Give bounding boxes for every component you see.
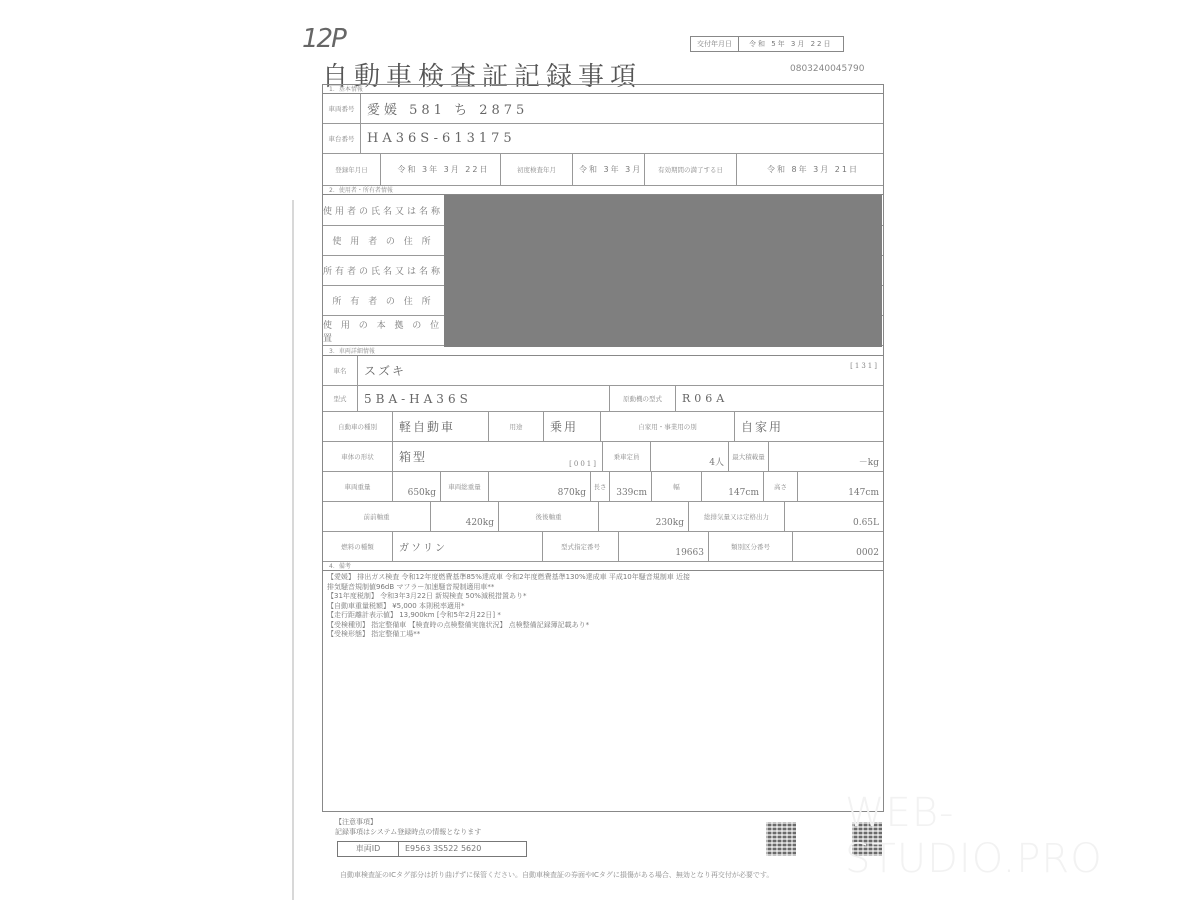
vehicle-id-box: 車両ID E9563 3S522 5620 <box>337 841 527 857</box>
reg-date-label: 登録年月日 <box>323 154 381 185</box>
engine-model-value: R06A <box>676 386 883 411</box>
front-axle-value: 420kg <box>431 502 499 531</box>
model-label: 型式 <box>323 386 358 411</box>
body-shape-label: 車体の形状 <box>323 442 393 471</box>
reg-date-value: 令和 3年 3月 22日 <box>381 154 501 185</box>
expiry-value: 令和 8年 3月 21日 <box>737 154 883 185</box>
notes-line: 記録事項はシステム登録時点の情報となります <box>335 827 481 837</box>
use-label: 用途 <box>489 412 544 441</box>
qr-code-icon <box>766 822 796 856</box>
width-label: 幅 <box>652 472 702 501</box>
make-label: 車名 <box>323 356 358 385</box>
weight-value: 650kg <box>393 472 441 501</box>
body-shape-code: [001] <box>569 460 598 468</box>
user-address-label: 使 用 者 の 住 所 <box>323 226 443 255</box>
vehicle-type-label: 自動車の種別 <box>323 412 393 441</box>
certificate-form: 1．基本情報 車両番号 愛媛 581 ち 2875 車台番号 HA36S-613… <box>322 84 884 812</box>
make-text: スズキ <box>364 362 406 379</box>
owner-address-label: 所 有 者 の 住 所 <box>323 286 443 315</box>
height-value: 147cm <box>798 472 883 501</box>
displacement-label: 総排気量又は定格出力 <box>689 502 785 531</box>
length-value: 339cm <box>610 472 652 501</box>
category-number-label: 類別区分番号 <box>709 532 793 561</box>
engine-model-label: 原動機の型式 <box>610 386 676 411</box>
make-value: スズキ [131] <box>358 356 883 385</box>
length-label: 長さ <box>591 472 610 501</box>
remark-line: 【走行距離計表示値】 13,900km [令和5年2月22日] * <box>327 611 875 621</box>
row-dates: 登録年月日 令和 3年 3月 22日 初度検査年月 令和 3年 3月 有効期間の… <box>323 154 883 186</box>
capacity-value: 4人 <box>651 442 729 471</box>
gross-weight-value: 870kg <box>489 472 591 501</box>
vehicle-id-value: E9563 3S522 5620 <box>399 842 481 856</box>
fuel-value: ガソリン <box>393 532 543 561</box>
first-reg-label: 初度検査年月 <box>501 154 573 185</box>
body-shape-text: 箱型 <box>399 448 427 465</box>
remark-line: 【愛媛】 排出ガス検査 令和12年度燃費基準85%達成車 令和2年度燃費基準13… <box>327 573 875 583</box>
scan-edge <box>292 200 294 900</box>
section-vehicle-header: 3．車両詳細情報 <box>323 347 883 356</box>
issue-date-value: 令和 5年 3月 22日 <box>739 37 843 51</box>
chassis-number-label: 車台番号 <box>323 124 361 153</box>
row-chassis: 車台番号 HA36S-613175 <box>323 124 883 154</box>
registration-number-value: 愛媛 581 ち 2875 <box>361 94 883 123</box>
row-make: 車名 スズキ [131] <box>323 356 883 386</box>
section-owner-header: 2．使用者・所有者情報 <box>323 186 883 195</box>
remark-line: 【31年度税制】 令和3年3月22日 新規検査 50%減税措置あり* <box>327 592 875 602</box>
make-code: [131] <box>850 362 879 370</box>
issue-date-box: 交付年月日 令和 5年 3月 22日 <box>690 36 844 52</box>
fuel-label: 燃料の種類 <box>323 532 393 561</box>
gross-weight-label: 車両総重量 <box>441 472 489 501</box>
row-registration: 車両番号 愛媛 581 ち 2875 <box>323 94 883 124</box>
max-load-label: 最大積載量 <box>729 442 769 471</box>
user-name-label: 使用者の氏名又は名称 <box>323 195 443 225</box>
private-business-label: 自家用・事業用の別 <box>601 412 735 441</box>
row-fuel: 燃料の種類 ガソリン 型式指定番号 19663 類別区分番号 0002 <box>323 532 883 562</box>
handwritten-note: 12P <box>302 24 345 54</box>
remark-line: 排気騒音規制値96dB マフラー加速騒音規制適用車** <box>327 583 875 593</box>
row-axles: 前前軸重 420kg 後後軸重 230kg 総排気量又は定格出力 0.65L <box>323 502 883 532</box>
section-remarks-header: 4．備考 <box>323 562 883 571</box>
vehicle-type-value: 軽自動車 <box>393 412 489 441</box>
document-number: 0803240045790 <box>790 64 864 74</box>
expiry-label: 有効期間の満了する日 <box>645 154 737 185</box>
notes: 【注意事項】 記録事項はシステム登録時点の情報となります <box>335 817 481 837</box>
model-value: 5BA-HA36S <box>358 386 610 411</box>
weight-label: 車両重量 <box>323 472 393 501</box>
rear-axle-label: 後後軸重 <box>499 502 599 531</box>
capacity-label: 乗車定員 <box>603 442 651 471</box>
watermark: WEB-STUDIO.PRO <box>845 790 1200 882</box>
row-dimensions: 車両重量 650kg 車両総重量 870kg 長さ 339cm 幅 147cm … <box>323 472 883 502</box>
type-designation-label: 型式指定番号 <box>543 532 619 561</box>
private-business-value: 自家用 <box>735 412 883 441</box>
row-model: 型式 5BA-HA36S 原動機の型式 R06A <box>323 386 883 412</box>
vehicle-id-label: 車両ID <box>338 842 399 856</box>
owner-name-label: 所有者の氏名又は名称 <box>323 256 443 285</box>
rear-axle-value: 230kg <box>599 502 689 531</box>
height-label: 高さ <box>764 472 798 501</box>
remarks-list: 【愛媛】 排出ガス検査 令和12年度燃費基準85%達成車 令和2年度燃費基準13… <box>327 573 875 640</box>
width-value: 147cm <box>702 472 764 501</box>
remark-line: 【受検種別】 指定整備車 【検査時の点検整備実施状況】 点検整備記録簿記載あり* <box>327 621 875 631</box>
displacement-value: 0.65L <box>785 502 883 531</box>
base-location-label: 使 用 の 本 拠 の 位 置 <box>323 316 443 345</box>
chassis-number-value: HA36S-613175 <box>361 124 883 153</box>
notes-heading: 【注意事項】 <box>335 817 481 827</box>
category-number-value: 0002 <box>793 532 883 561</box>
issue-date-label: 交付年月日 <box>691 37 739 51</box>
row-type-use: 自動車の種別 軽自動車 用途 乗用 自家用・事業用の別 自家用 <box>323 412 883 442</box>
front-axle-label: 前前軸重 <box>323 502 431 531</box>
row-body: 車体の形状 箱型 [001] 乗車定員 4人 最大積載量 －kg <box>323 442 883 472</box>
registration-number-label: 車両番号 <box>323 94 361 123</box>
max-load-value: －kg <box>769 442 883 471</box>
use-value: 乗用 <box>544 412 601 441</box>
type-designation-value: 19663 <box>619 532 709 561</box>
first-reg-value: 令和 3年 3月 <box>573 154 645 185</box>
section-basic-header: 1．基本情報 <box>323 85 883 94</box>
remark-line: 【受検形態】 指定整備工場** <box>327 630 875 640</box>
body-shape-value: 箱型 [001] <box>393 442 603 471</box>
remark-line: 【自動車重量税額】 ¥5,000 本則税率適用* <box>327 602 875 612</box>
footer-notice: 自動車検査証のICタグ部分は折り曲げずに保管ください。自動車検査証の券面やICタ… <box>340 870 773 880</box>
redaction-block <box>444 195 882 347</box>
